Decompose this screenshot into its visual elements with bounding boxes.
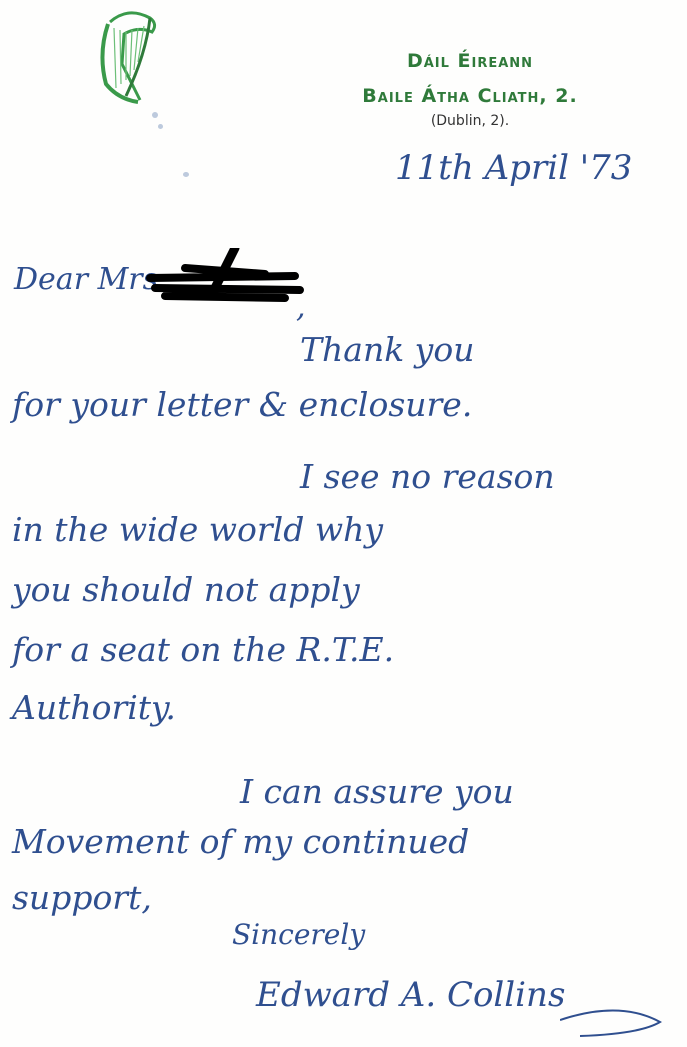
ink-speck — [158, 124, 163, 129]
closing: Sincerely — [232, 918, 365, 951]
signature: Edward A. Collins — [256, 975, 565, 1015]
ink-speck — [183, 172, 189, 177]
redaction-mark — [145, 248, 305, 306]
letterhead-address: Baile Átha Cliath, 2. — [340, 82, 600, 110]
body-line: for your letter & enclosure. — [12, 385, 472, 424]
body-line: for a seat on the R.T.E. — [12, 630, 394, 669]
body-line: I see no reason — [300, 457, 555, 496]
body-line: Thank you — [300, 330, 474, 369]
body-line: Authority. — [12, 688, 176, 727]
harp-icon — [88, 4, 168, 104]
body-line: in the wide world why — [12, 510, 383, 549]
ink-speck — [152, 112, 158, 118]
signature-flourish — [560, 1000, 670, 1040]
letterhead-title: Dáil Éireann — [340, 48, 600, 74]
salutation: Dear Mrs — [14, 262, 158, 297]
body-line: you should not apply — [12, 570, 360, 609]
letter-date: 11th April '73 — [395, 148, 632, 188]
letterhead-city: (Dublin, 2). — [340, 112, 600, 130]
letter-page: Dáil Éireann Baile Átha Cliath, 2. (Dubl… — [0, 0, 687, 1047]
salutation-comma: , — [296, 290, 306, 325]
letterhead: Dáil Éireann Baile Átha Cliath, 2. (Dubl… — [340, 48, 600, 130]
body-line: Movement of my continued — [12, 822, 469, 861]
body-line: I can assure you — [240, 772, 514, 811]
body-line: support, — [12, 878, 152, 917]
